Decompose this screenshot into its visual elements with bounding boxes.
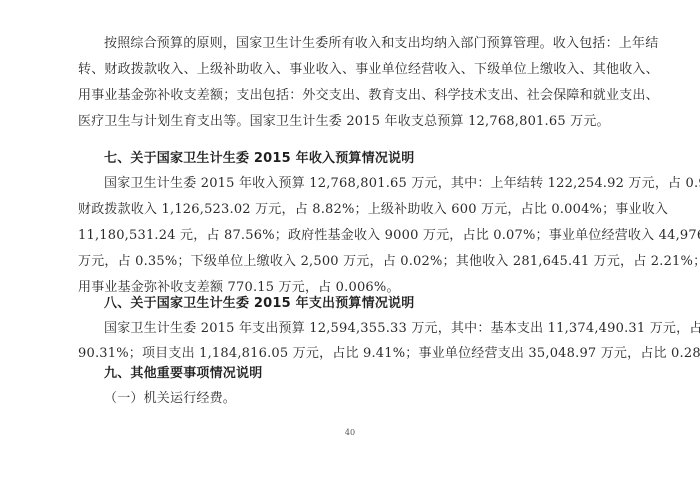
section8-heading: 八、关于国家卫生计生委 2015 年支出预算情况说明: [104, 296, 630, 312]
section7-line-4: 万元，占 0.35%；下级单位上缴收入 2,500 万元，占 0.02%；其他收…: [78, 254, 630, 270]
section7-heading: 七、关于国家卫生计生委 2015 年收入预算情况说明: [104, 151, 630, 167]
section7-line-3: 11,180,531.24 元，占 87.56%；政府性基金收入 9000 万元…: [78, 228, 630, 244]
page-number: 40: [0, 428, 700, 437]
section9-sub1: （一）机关运行经费。: [104, 391, 630, 407]
section7-line-2: 财政拨款收入 1,126,523.02 万元，占 8.82%；上级补助收入 60…: [78, 202, 630, 218]
section8-line-2: 90.31%；项目支出 1,184,816.05 万元，占比 9.41%；事业单…: [78, 346, 630, 362]
intro-line-4: 医疗卫生与计划生育支出等。国家卫生计生委 2015 年收支总预算 12,768,…: [78, 114, 630, 130]
intro-line-1: 按照综合预算的原则，国家卫生计生委所有收入和支出均纳入部门预算管理。收入包括：上…: [104, 36, 630, 52]
intro-line-3: 用事业基金弥补收支差额；支出包括：外交支出、教育支出、科学技术支出、社会保障和就…: [78, 88, 630, 104]
section9-heading: 九、其他重要事项情况说明: [104, 366, 630, 382]
section8-line-1: 国家卫生计生委 2015 年支出预算 12,594,355.33 万元，其中：基…: [104, 321, 630, 337]
intro-line-2: 转、财政拨款收入、上级补助收入、事业收入、事业单位经营收入、下级单位上缴收入、其…: [78, 62, 630, 78]
section7-line-1: 国家卫生计生委 2015 年收入预算 12,768,801.65 万元，其中：上…: [104, 176, 630, 192]
section7-line-5: 用事业基金弥补收支差额 770.15 万元，占 0.006%。: [78, 280, 630, 296]
